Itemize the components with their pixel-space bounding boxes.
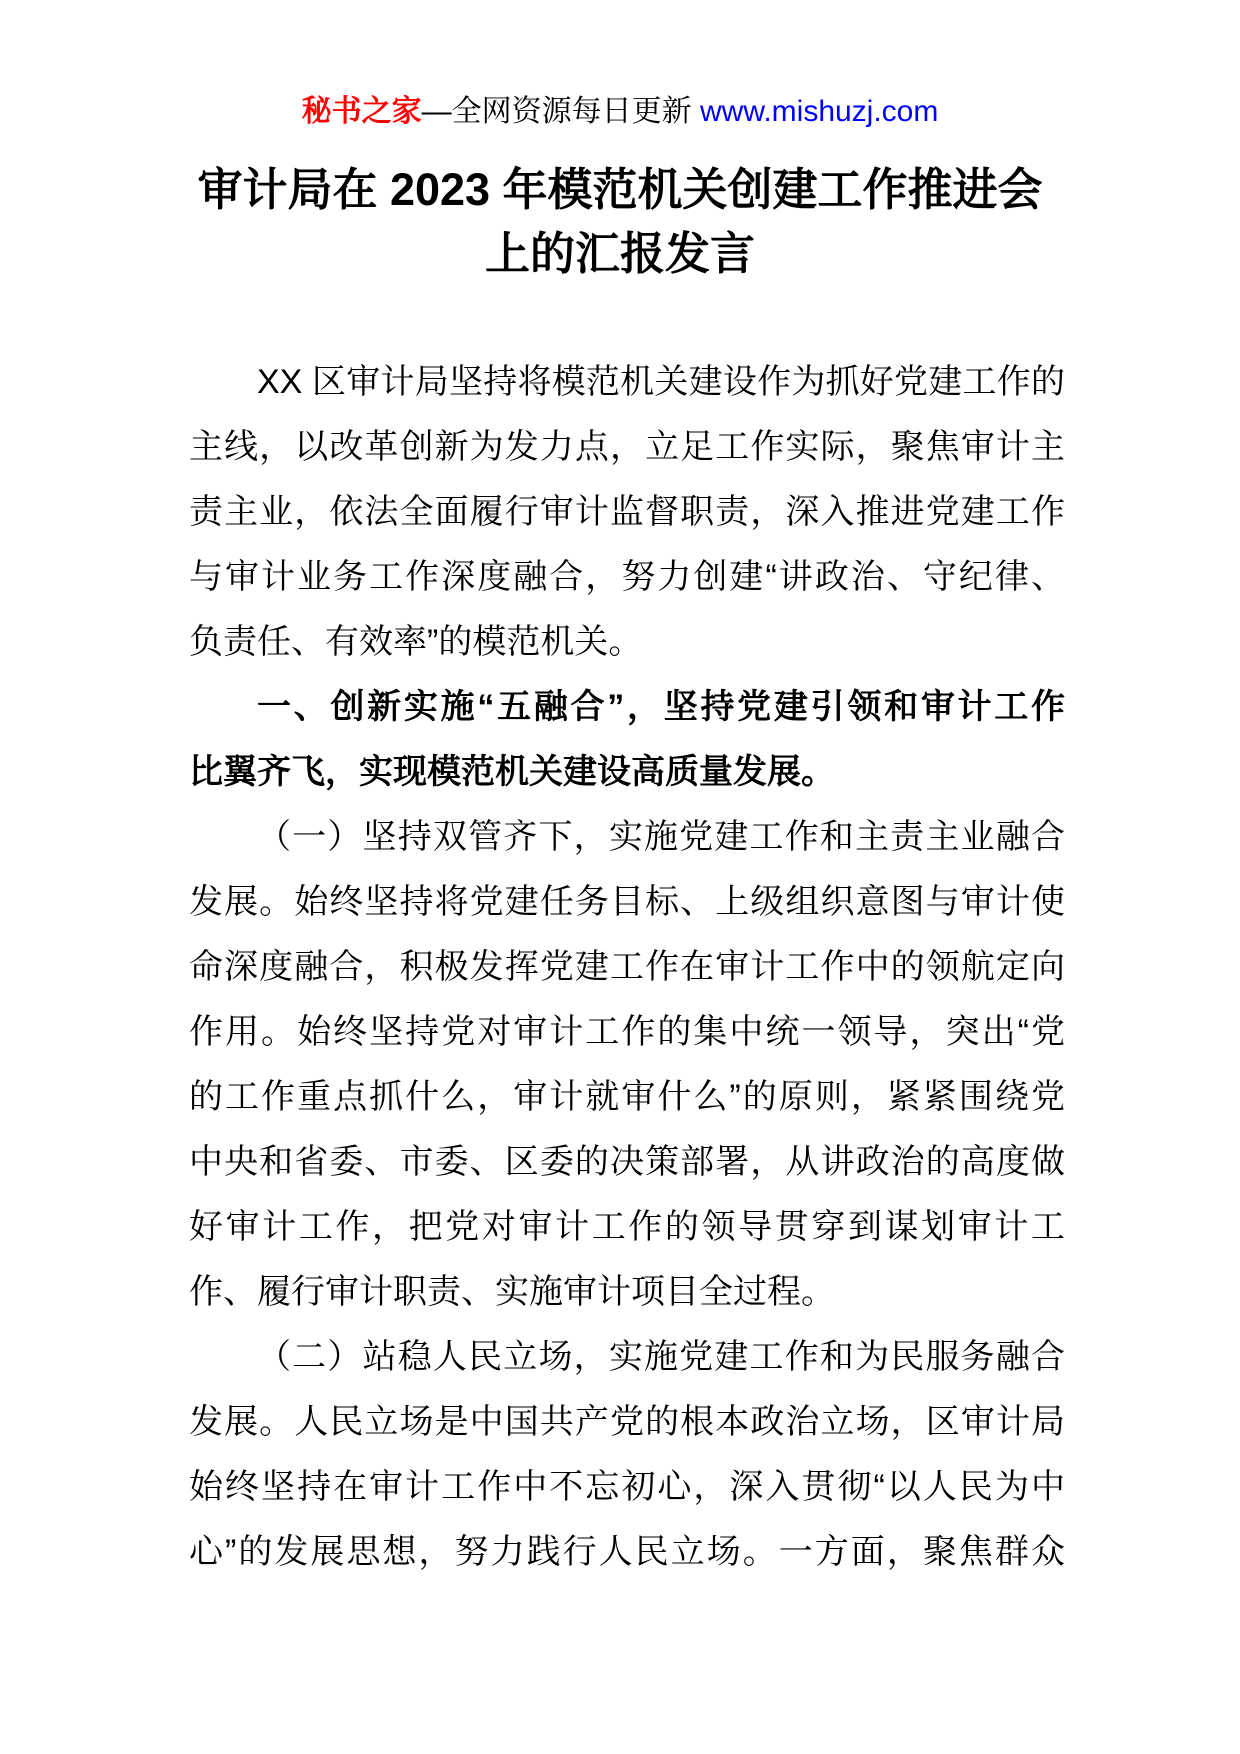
document-title: 审计局在 2023 年模范机关创建工作推进会 上的汇报发言	[0, 158, 1240, 286]
body-line: 好审计工作，把党对审计工作的领导贯穿到谋划审计工	[189, 1195, 1065, 1260]
body-line: 中央和省委、市委、区委的决策部署，从讲政治的高度做	[189, 1130, 1065, 1195]
site-url-link[interactable]: www.mishuzj.com	[700, 95, 938, 128]
body-line: 的工作重点抓什么，审计就审什么”的原则，紧紧围绕党	[189, 1065, 1065, 1130]
document-body: XX 区审计局坚持将模范机关建设作为抓好党建工作的 主线，以改革创新为发力点，立…	[189, 350, 1065, 1585]
page-header: 秘书之家—全网资源每日更新 www.mishuzj.com	[0, 95, 1240, 129]
body-line: 作、履行审计职责、实施审计项目全过程。	[189, 1260, 1065, 1325]
body-line: 主线，以改革创新为发力点，立足工作实际，聚焦审计主	[189, 415, 1065, 480]
body-line: 发展。始终坚持将党建任务目标、上级组织意图与审计使	[189, 870, 1065, 935]
section-heading-line: 比翼齐飞，实现模范机关建设高质量发展。	[189, 740, 1065, 805]
body-line: 心”的发展思想，努力践行人民立场。一方面，聚焦群众	[189, 1520, 1065, 1585]
body-line: 始终坚持在审计工作中不忘初心，深入贯彻“以人民为中	[189, 1455, 1065, 1520]
title-line-1: 审计局在 2023 年模范机关创建工作推进会	[0, 158, 1240, 222]
body-line: 负责任、有效率”的模范机关。	[189, 610, 1065, 675]
body-line: （二）站稳人民立场，实施党建工作和为民服务融合	[189, 1325, 1065, 1390]
body-line: 与审计业务工作深度融合，努力创建“讲政治、守纪律、	[189, 545, 1065, 610]
section-heading-line: 一、创新实施“五融合”，坚持党建引领和审计工作	[189, 675, 1065, 740]
site-tagline: —全网资源每日更新	[422, 95, 700, 128]
body-line: 发展。人民立场是中国共产党的根本政治立场，区审计局	[189, 1390, 1065, 1455]
body-line: 作用。始终坚持党对审计工作的集中统一领导，突出“党	[189, 1000, 1065, 1065]
body-line: 责主业，依法全面履行审计监督职责，深入推进党建工作	[189, 480, 1065, 545]
body-line: （一）坚持双管齐下，实施党建工作和主责主业融合	[189, 805, 1065, 870]
body-line: XX 区审计局坚持将模范机关建设作为抓好党建工作的	[189, 350, 1065, 415]
site-name: 秘书之家	[302, 95, 422, 128]
title-line-2: 上的汇报发言	[0, 222, 1240, 286]
page: 秘书之家—全网资源每日更新 www.mishuzj.com 审计局在 2023 …	[0, 0, 1240, 1754]
body-line: 命深度融合，积极发挥党建工作在审计工作中的领航定向	[189, 935, 1065, 1000]
